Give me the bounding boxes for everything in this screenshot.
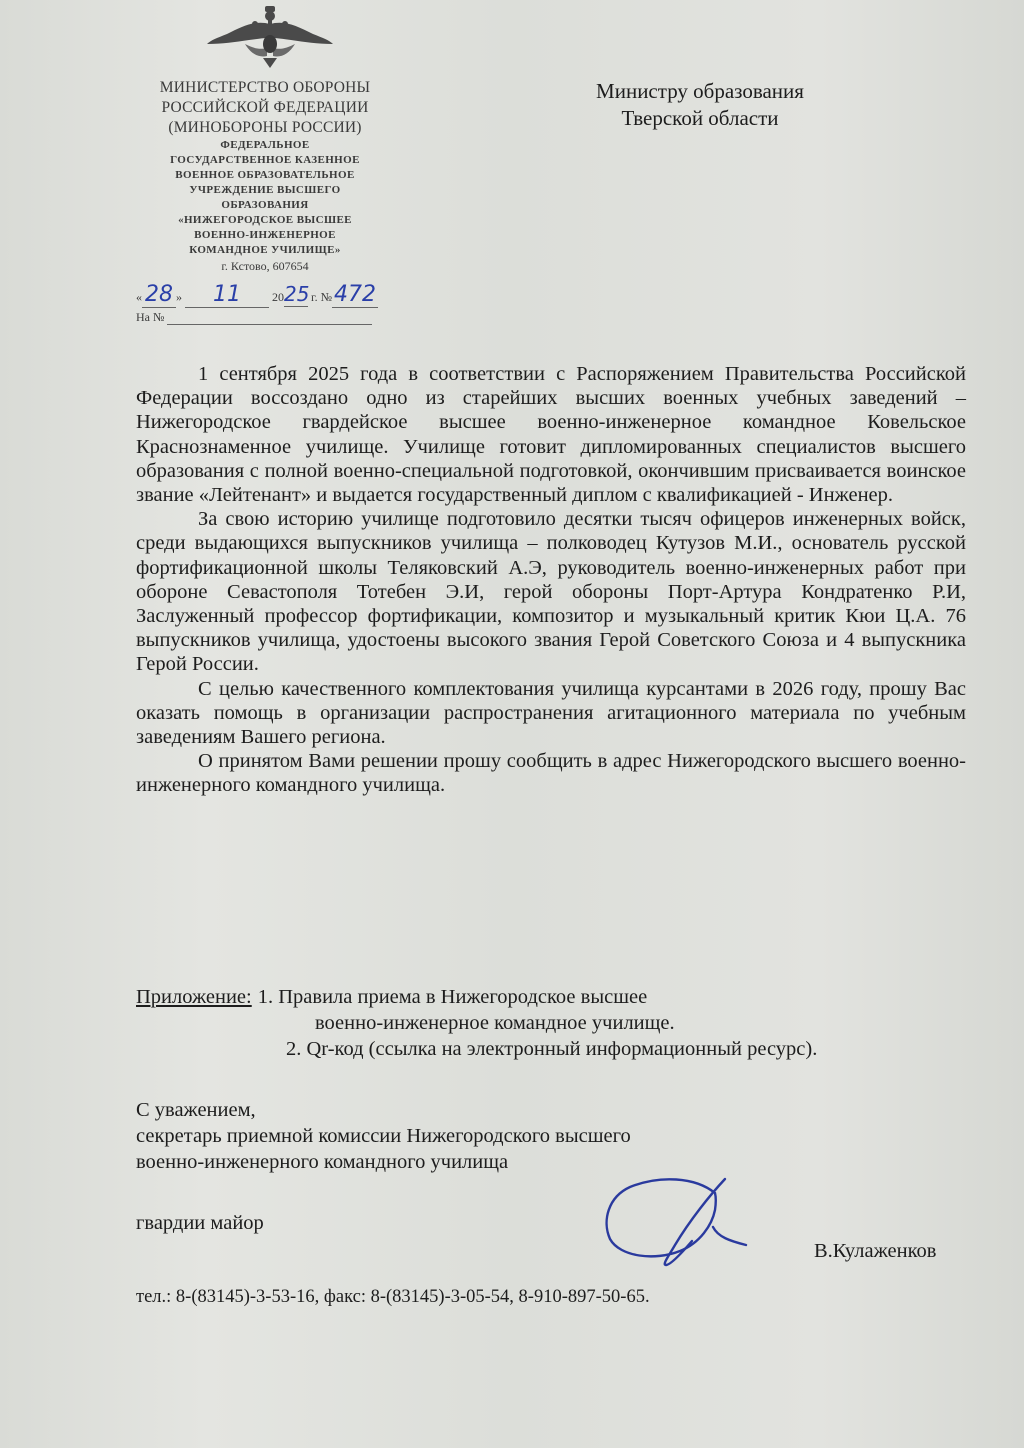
institution-line-3: ВОЕННОЕ ОБРАЗОВАТЕЛЬНОЕ	[136, 168, 394, 183]
double-headed-eagle-icon	[205, 4, 335, 70]
date-number-line: «28» 11 2025 г. №472	[136, 282, 396, 306]
document-number: 472	[332, 282, 378, 308]
institution-line-8: КОМАНДНОЕ УЧИЛИЩЕ»	[136, 243, 394, 258]
attachments-label: Приложение:	[136, 986, 252, 1008]
letter-body: 1 сентября 2025 года в соответствии с Ра…	[136, 362, 966, 798]
recipient-line-1: Министру образования	[560, 78, 840, 105]
position-line-1: секретарь приемной комиссии Нижегородско…	[136, 1123, 966, 1149]
body-paragraph-4: О принятом Вами решении прошу сообщить в…	[136, 749, 966, 797]
reference-line: На №	[136, 310, 396, 325]
closing-block: С уважением, секретарь приемной комиссии…	[136, 1097, 966, 1175]
date-close-quote: »	[176, 290, 182, 304]
ministry-line-3: (МИНОБОРОНЫ РОССИИ)	[136, 118, 394, 138]
date-day: 28	[142, 282, 176, 308]
attachment-1-line-1: 1. Правила приема в Нижегородское высшее	[258, 986, 647, 1008]
letter-page: МИНИСТЕРСТВО ОБОРОНЫ РОССИЙСКОЙ ФЕДЕРАЦИ…	[0, 0, 1024, 1448]
institution-city: г. Кстово, 607654	[136, 258, 394, 274]
body-paragraph-1: 1 сентября 2025 года в соответствии с Ра…	[136, 362, 966, 507]
body-paragraph-3: С целью качественного комплектования учи…	[136, 677, 966, 750]
reference-blank	[167, 310, 372, 325]
institution-line-4: УЧРЕЖДЕНИЕ ВЫСШЕГО	[136, 183, 394, 198]
body-paragraph-2: За свою историю училище подготовило деся…	[136, 507, 966, 676]
date-year-label: г. №	[311, 290, 332, 304]
date-month: 11	[185, 282, 269, 308]
institution-line-2: ГОСУДАРСТВЕННОЕ КАЗЕННОЕ	[136, 153, 394, 168]
signer-name: В.Кулаженков	[814, 1240, 936, 1263]
institution-line-1: ФЕДЕРАЛЬНОЕ	[136, 138, 394, 153]
attachments-block: Приложение:1. Правила приема в Нижегород…	[136, 984, 966, 1062]
salutation: С уважением,	[136, 1097, 966, 1123]
reference-label: На №	[136, 310, 164, 324]
attachment-1-line-2: военно-инженерное командное училище.	[136, 1010, 966, 1036]
institution-line-5: ОБРАЗОВАНИЯ	[136, 198, 394, 213]
recipient-block: Министру образования Тверской области	[560, 78, 840, 132]
institution-line-6: «НИЖЕГОРОДСКОЕ ВЫСШЕЕ	[136, 213, 394, 228]
date-year-prefix: 20	[272, 290, 284, 304]
date-year-suffix: 25	[284, 282, 308, 307]
handwritten-signature-icon	[600, 1165, 780, 1270]
signer-rank: гвардии майор	[136, 1212, 264, 1235]
contact-phones: тел.: 8-(83145)-3-53-16, факс: 8-(83145)…	[136, 1287, 650, 1308]
institution-line-7: ВОЕННО-ИНЖЕНЕРНОЕ	[136, 228, 394, 243]
position-line-2: военно-инженерного командного училища	[136, 1149, 966, 1175]
ministry-line-2: РОССИЙСКОЙ ФЕДЕРАЦИИ	[136, 98, 394, 118]
attachment-2: 2. Qr-код (ссылка на электронный информа…	[136, 1036, 966, 1062]
recipient-line-2: Тверской области	[560, 105, 840, 132]
ministry-line-1: МИНИСТЕРСТВО ОБОРОНЫ	[136, 78, 394, 98]
letterhead: МИНИСТЕРСТВО ОБОРОНЫ РОССИЙСКОЙ ФЕДЕРАЦИ…	[136, 78, 394, 274]
